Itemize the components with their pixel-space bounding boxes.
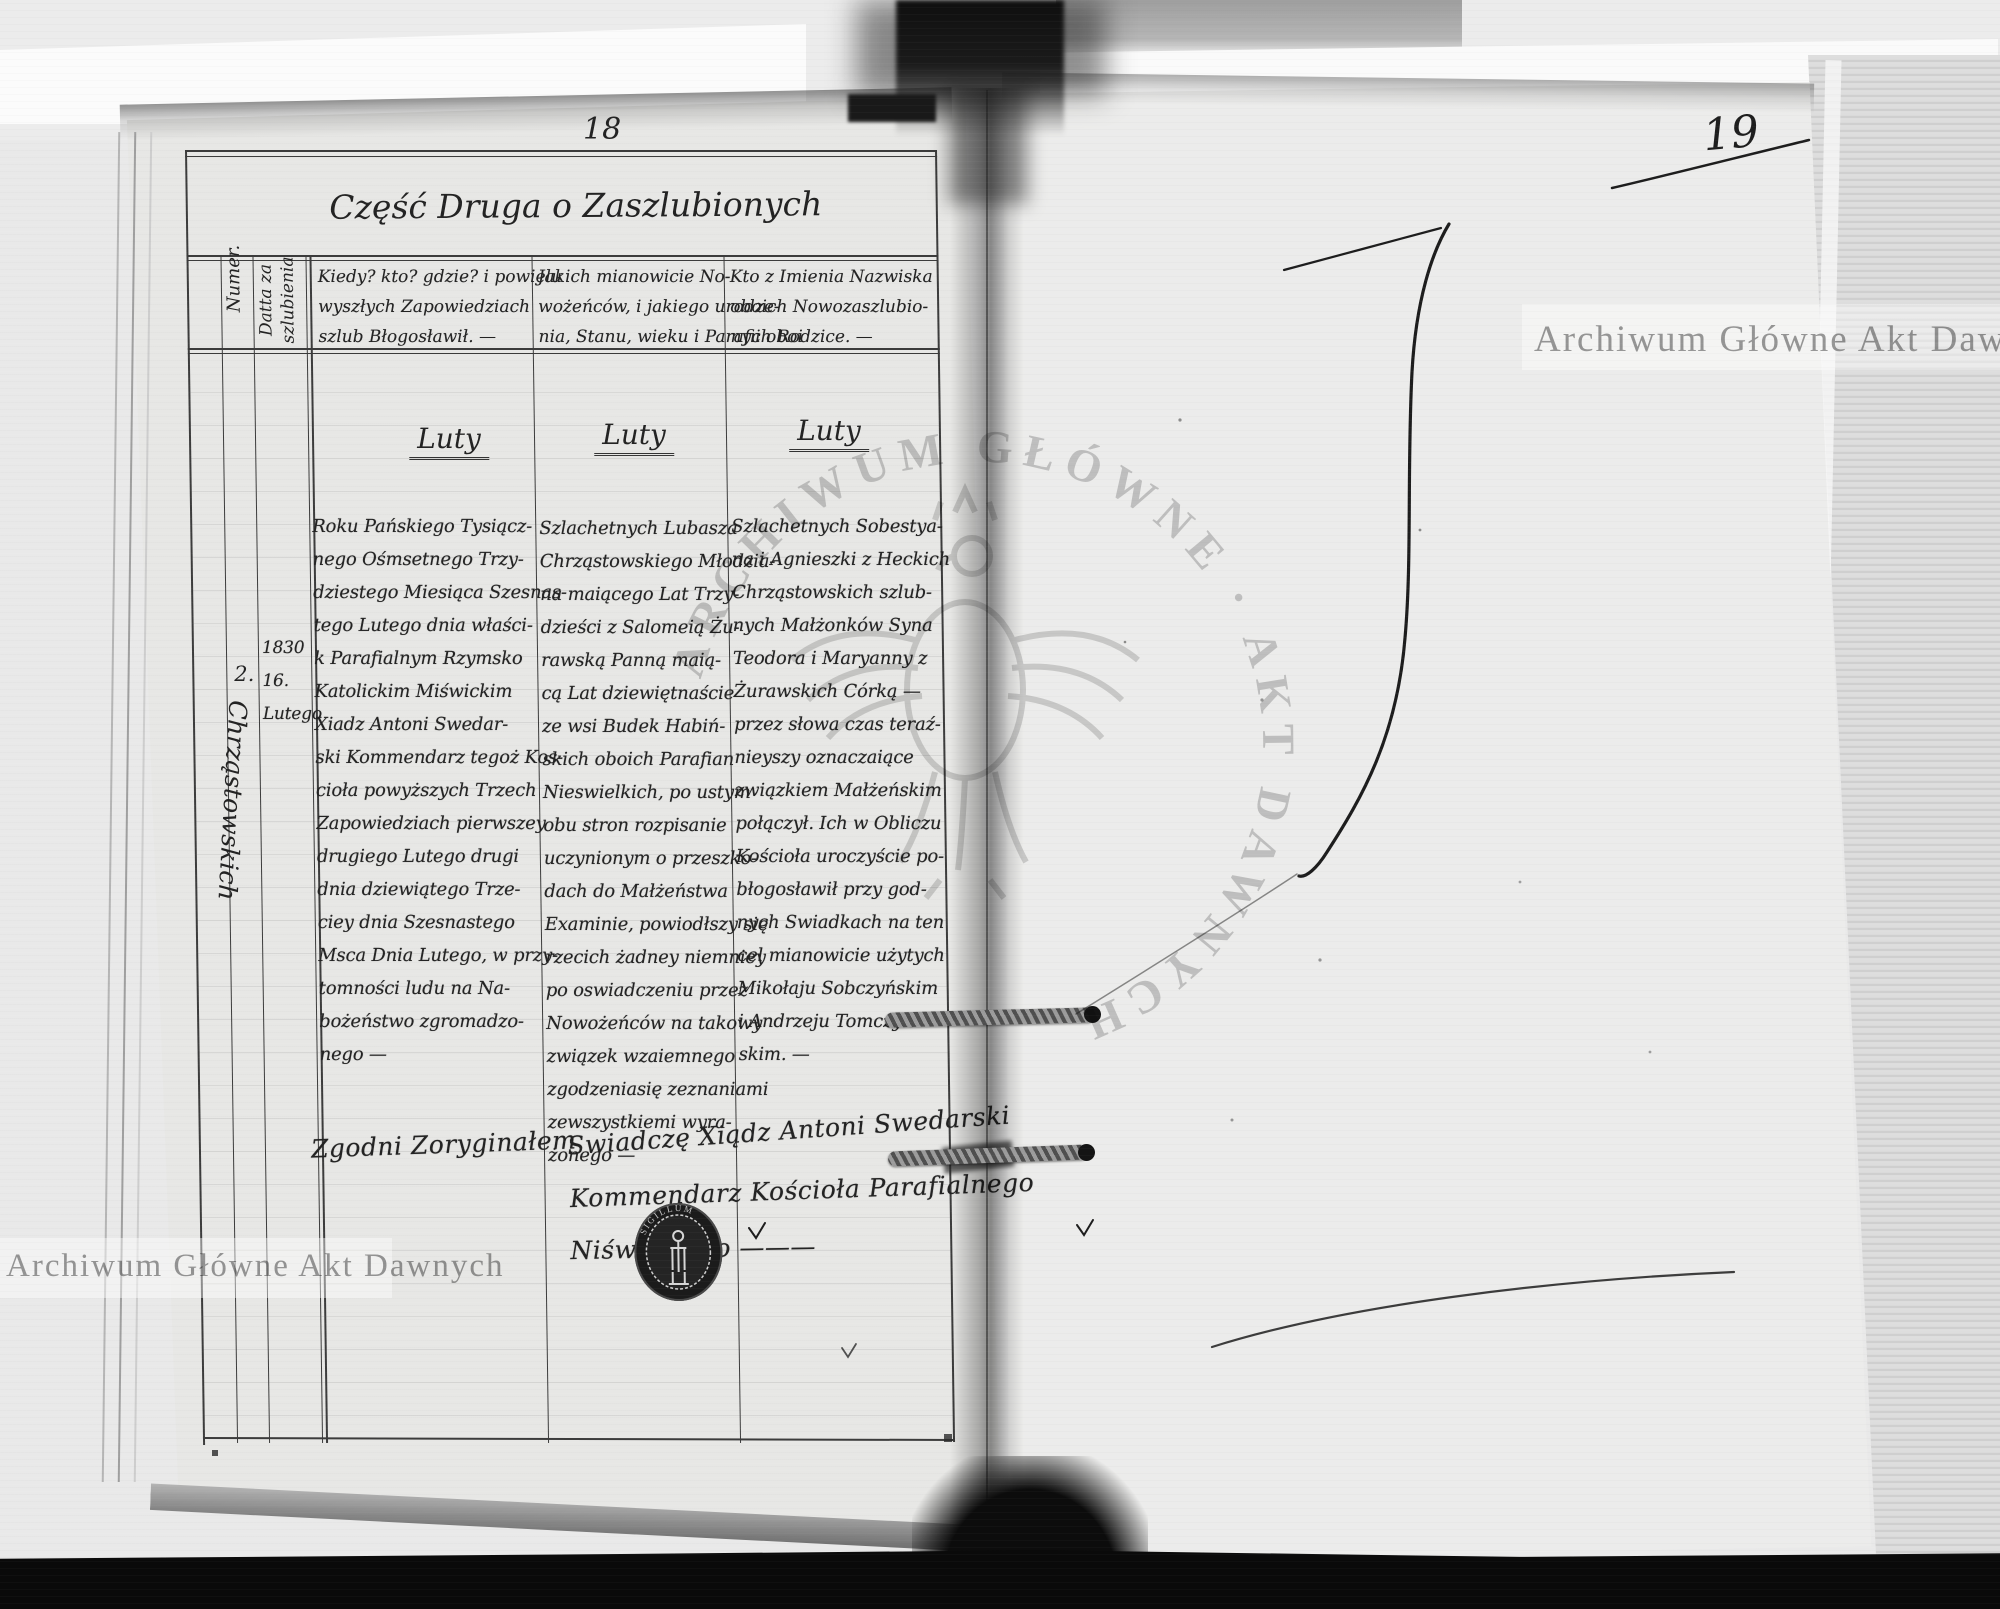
month-parents: Luty xyxy=(744,414,914,447)
scanned-register-photo: 18 Część Druga o Zaszlubionych Numer. Da… xyxy=(0,0,2000,1609)
header-when: Kiedy? kto? gdzie? i powielu wyszłych Za… xyxy=(318,262,533,352)
record-numer: 2. xyxy=(234,662,254,686)
header-numer: Numer. xyxy=(223,224,246,334)
header-rule-top xyxy=(186,255,938,257)
archive-watermark-top-right: Archiwum Główne Akt Dawnych xyxy=(1534,318,2000,361)
header-parents: Kto z Imienia Nazwiska oboich Nowozaszlu… xyxy=(730,262,937,352)
record-parents-text: Szlachetnych Sobestya- na i Agnieszki z … xyxy=(731,510,945,1071)
thread-hole-lower xyxy=(1078,1144,1095,1161)
month-when: Luty xyxy=(364,422,534,455)
header-rule-top-inner xyxy=(187,260,939,261)
table-border-top xyxy=(185,150,937,152)
record-date: 1830 16. Lutego xyxy=(262,632,313,731)
header-data-zaslubienia: Datta za szlubienia xyxy=(254,230,300,370)
right-folio-number: 19 xyxy=(1701,106,1761,162)
left-folio-number: 18 xyxy=(583,112,621,147)
table-title: Część Druga o Zaszlubionych xyxy=(295,184,856,227)
record-when-text: Roku Pańskiego Tysiącz- nego Ośmsetnego … xyxy=(312,510,545,1071)
archive-watermark-bottom-left: Archiwum Główne Akt Dawnych xyxy=(6,1248,505,1285)
binding-fold-line xyxy=(986,90,988,1558)
header-who: Jakich mianowicie No- wożeńców, i jakieg… xyxy=(538,262,725,352)
thread-hole-upper xyxy=(1084,1006,1101,1023)
spine-gap-nub xyxy=(848,94,936,122)
record-who-text: Szlachetnych Lubasza Chrząstowskiego Mło… xyxy=(539,512,738,1172)
parish-seal: SIGILLUM xyxy=(628,1198,730,1306)
month-who: Luty xyxy=(554,418,714,451)
header-rule-bottom-inner xyxy=(188,353,940,354)
scan-background-bottom xyxy=(0,1549,2000,1609)
table-border-top-inner xyxy=(185,156,937,157)
